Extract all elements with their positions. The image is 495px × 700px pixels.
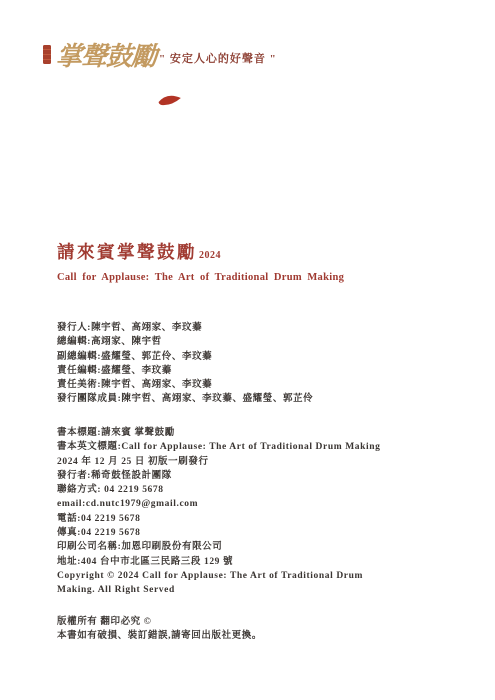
page-title-text: 請來賓掌聲鼓勵 (57, 242, 197, 262)
pub-line-copyright-2: Making. All Right Served (57, 583, 380, 597)
pub-line-book-title: 書本標題:請來賓 掌聲鼓勵 (57, 426, 380, 440)
brush-swoosh-icon (157, 93, 182, 107)
brand-logo: 掌聲鼓勵 (55, 36, 167, 78)
pub-line-address: 地址:404 台中市北區三民路三段 129 號 (57, 555, 380, 569)
page-title: 請來賓掌聲鼓勵2024 (57, 240, 344, 268)
colophon-page: 掌聲鼓勵 " 安定人心的好聲音 " 請來賓掌聲鼓勵2024 Call for A… (0, 0, 495, 700)
credit-line-chief-editor: 總編輯:高翊家、陳宇哲 (57, 335, 313, 349)
credit-line-managing-editor: 責任編輯:盛耀瑩、李玟蓁 (57, 364, 313, 378)
credit-line-deputy-editor: 副總編輯:盛耀瑩、郭芷伶、李玟蓁 (57, 350, 313, 364)
page-title-year: 2024 (199, 250, 221, 261)
rights-notice-block: 版權所有 翻印必究 © 本書如有破損、裝訂錯誤,請寄回出版社更換。 (57, 615, 262, 644)
seal-stamp-icon (43, 45, 51, 64)
pub-line-phone: 電話:04 2219 5678 (57, 512, 380, 526)
pub-line-book-title-en: 書本英文標題:Call for Applause: The Art of Tra… (57, 440, 380, 454)
credit-line-publisher: 發行人:陳宇哲、高翊家、李玟蓁 (57, 321, 313, 335)
pub-line-printer: 印刷公司名稱:加恩印刷股份有限公司 (57, 540, 380, 554)
notice-line-return: 本書如有破損、裝訂錯誤,請寄回出版社更換。 (57, 629, 262, 643)
notice-line-rights: 版權所有 翻印必究 © (57, 615, 262, 629)
pub-line-publisher: 發行者:稀奇鼓怪設計團隊 (57, 469, 380, 483)
pub-line-edition-date: 2024 年 12 月 25 日 初版一刷發行 (57, 455, 380, 469)
pub-line-copyright-1: Copyright © 2024 Call for Applause: The … (57, 569, 380, 583)
pub-line-fax: 傳真:04 2219 5678 (57, 526, 380, 540)
pub-line-email: email:cd.nutc1979@gmail.com (57, 497, 380, 511)
credit-line-art-editor: 責任美術:陳宇哲、高翊家、李玟蓁 (57, 378, 313, 392)
publication-info-block: 書本標題:請來賓 掌聲鼓勵 書本英文標題:Call for Applause: … (57, 426, 380, 598)
brand-tagline: " 安定人心的好聲音 " (159, 50, 277, 66)
pub-line-contact: 聯絡方式: 04 2219 5678 (57, 483, 380, 497)
brand-logo-text: 掌聲鼓勵 (55, 42, 157, 71)
credits-block: 發行人:陳宇哲、高翊家、李玟蓁 總編輯:高翊家、陳宇哲 副總編輯:盛耀瑩、郭芷伶… (57, 321, 313, 407)
credit-line-team-members: 發行團隊成員:陳宇哲、高翊家、李玟蓁、盛耀瑩、郭芷伶 (57, 392, 313, 406)
title-block: 請來賓掌聲鼓勵2024 Call for Applause: The Art o… (57, 240, 344, 283)
page-subtitle: Call for Applause: The Art of Traditiona… (57, 272, 344, 283)
